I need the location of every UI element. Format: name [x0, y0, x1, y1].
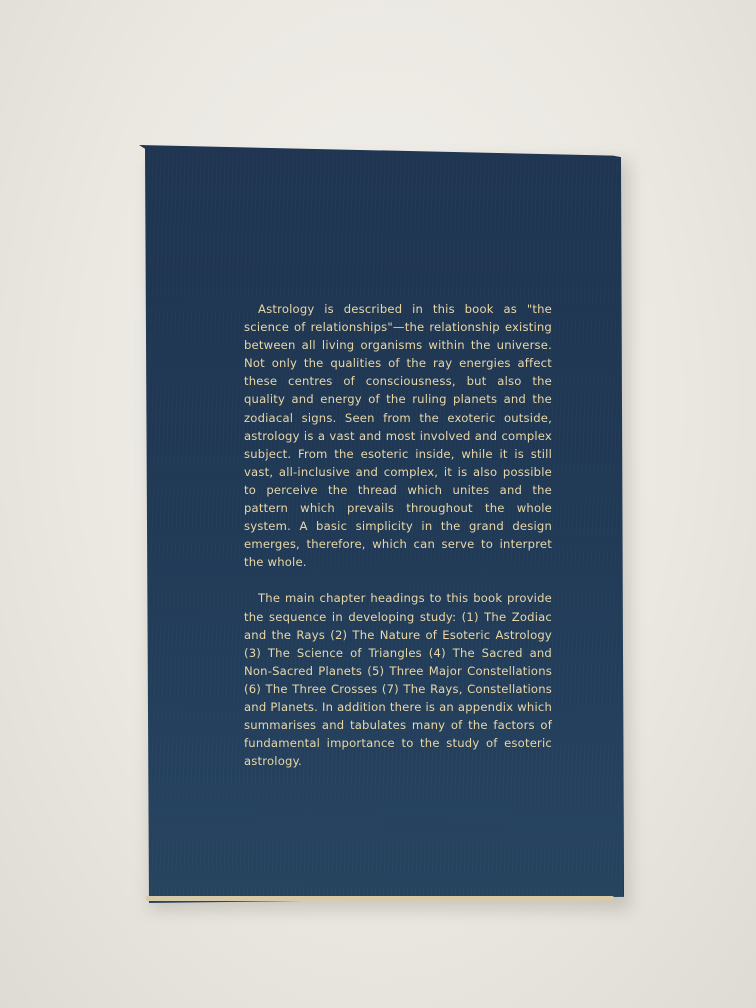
blurb-paragraph-description: Astrology is described in this book as "… [244, 300, 552, 571]
blurb-paragraph-chapters: The main chapter headings to this book p… [244, 589, 552, 770]
book-page-edge [146, 896, 614, 901]
blurb-text-block: Astrology is described in this book as "… [244, 300, 552, 770]
